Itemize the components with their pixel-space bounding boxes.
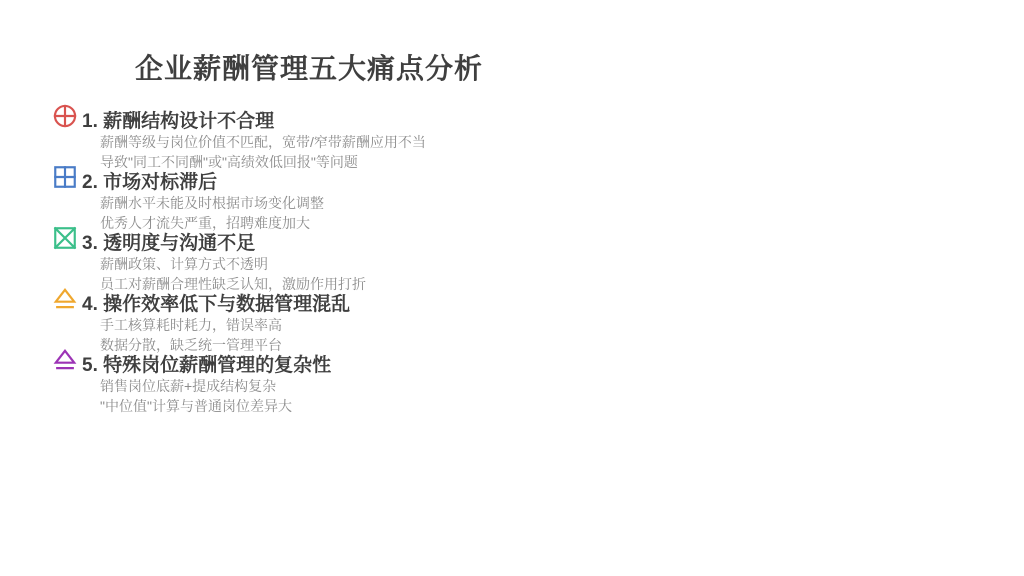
- pain-point-detail: 手工核算耗时耗力，错误率高: [100, 315, 512, 335]
- pain-point-list: 1. 薪酬结构设计不合理 薪酬等级与岗位价值不匹配，宽带/窄带薪酬应用不当 导致…: [52, 103, 512, 408]
- pain-point-detail: 薪酬水平未能及时根据市场变化调整: [100, 193, 512, 213]
- presentation-slide: 企业薪酬管理五大痛点分析 1. 薪酬结构设计不合理 薪酬等级与岗位价值不匹配，宽…: [0, 0, 1024, 576]
- eject-triangle-icon: [52, 286, 78, 312]
- pain-point-heading: 3. 透明度与沟通不足: [82, 225, 512, 254]
- grid-square-icon: [52, 164, 78, 190]
- circle-plus-icon: [52, 103, 78, 129]
- pain-point-item-2: 2. 市场对标滞后 薪酬水平未能及时根据市场变化调整 优秀人才流失严重，招聘难度…: [52, 164, 512, 225]
- pain-point-detail: 薪酬等级与岗位价值不匹配，宽带/窄带薪酬应用不当: [100, 132, 512, 152]
- pain-point-item-5: 5. 特殊岗位薪酬管理的复杂性 销售岗位底薪+提成结构复杂 "中位值"计算与普通…: [52, 347, 512, 408]
- pain-point-detail: 薪酬政策、计算方式不透明: [100, 254, 512, 274]
- pain-point-detail: 销售岗位底薪+提成结构复杂: [100, 376, 512, 396]
- page-title: 企业薪酬管理五大痛点分析: [135, 53, 483, 85]
- pain-point-heading: 5. 特殊岗位薪酬管理的复杂性: [82, 347, 512, 376]
- square-x-icon: [52, 225, 78, 251]
- pain-point-heading: 2. 市场对标滞后: [82, 164, 512, 193]
- pain-point-heading: 4. 操作效率低下与数据管理混乱: [82, 286, 512, 315]
- pain-point-item-1: 1. 薪酬结构设计不合理 薪酬等级与岗位价值不匹配，宽带/窄带薪酬应用不当 导致…: [52, 103, 512, 164]
- pain-point-item-4: 4. 操作效率低下与数据管理混乱 手工核算耗时耗力，错误率高 数据分散，缺乏统一…: [52, 286, 512, 347]
- pain-point-item-3: 3. 透明度与沟通不足 薪酬政策、计算方式不透明 员工对薪酬合理性缺乏认知，激励…: [52, 225, 512, 286]
- pain-point-detail: "中位值"计算与普通岗位差异大: [100, 396, 512, 416]
- pain-point-heading: 1. 薪酬结构设计不合理: [82, 103, 512, 132]
- eject-triangle-icon: [52, 347, 78, 373]
